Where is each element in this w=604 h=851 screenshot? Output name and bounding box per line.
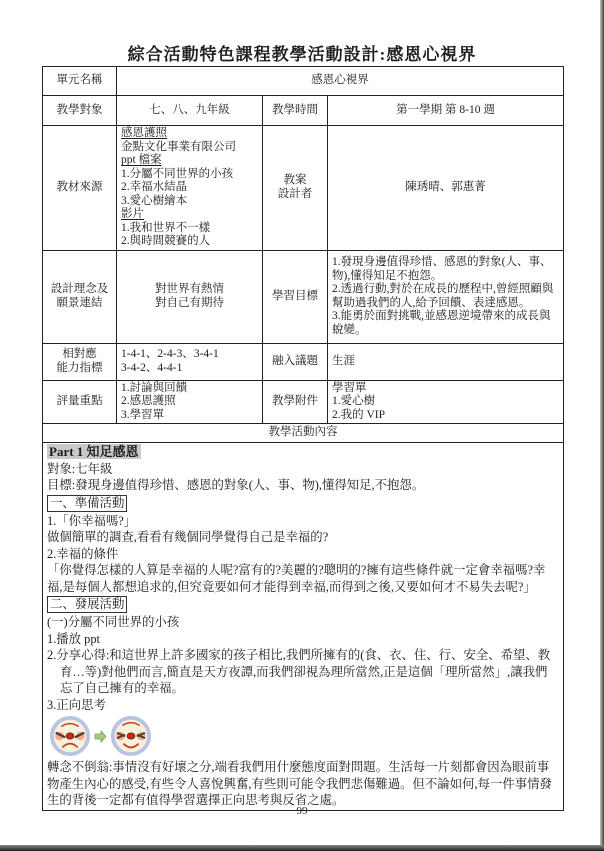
concept-label-line: 設計理念及	[47, 283, 112, 297]
material-label: 教材來源	[43, 126, 117, 251]
time-value: 第一學期 第 8-10 週	[328, 96, 564, 126]
material-line: 1.我和世界不一樣	[121, 222, 258, 236]
concept-label: 設計理念及 願景連結	[43, 250, 117, 343]
designer-value: 陳琇晴、郭惠菁	[328, 126, 564, 251]
activity-cell: Part 1 知足感恩 對象:七年級 目標:發現身邊值得珍惜、感恩的對象(人、事…	[43, 443, 564, 811]
issue-label: 融入議題	[263, 343, 328, 380]
indicator-line: 1-4-1、2-4-3、3-4-1	[121, 348, 258, 362]
row-audience: 教學對象 七、八、九年級 教學時間 第一學期 第 8-10 週	[43, 96, 564, 126]
assessment-label: 評量重點	[43, 380, 117, 424]
row-content-header: 教學活動內容	[43, 424, 564, 443]
material-line: 2.幸福水結晶	[121, 181, 258, 195]
activity-content: Part 1 知足感恩 對象:七年級 目標:發現身邊值得珍惜、感恩的對象(人、事…	[47, 444, 559, 809]
attachment-line: 1.愛心樹	[332, 395, 559, 409]
attachment-line: 學習單	[332, 382, 559, 396]
dev-item2: 2.分享心得:和這世界上許多國家的孩子相比,我們所擁有的(食、衣、住、行、安全、…	[47, 647, 559, 697]
indicator-label: 相對應 能力指標	[43, 343, 117, 380]
row-assessment: 評量重點 1.討論與回饋 2.感恩護照 3.學習單 教學附件 學習單 1.愛心樹…	[43, 380, 564, 424]
row-indicator: 相對應 能力指標 1-4-1、2-4-3、3-4-1 3-4-2、4-4-1 融…	[43, 343, 564, 380]
assessment-line: 1.討論與回饋	[121, 382, 258, 396]
indicator-label-line: 能力指標	[47, 362, 112, 376]
scan-edge-bottom	[0, 845, 604, 851]
attachment-list: 學習單 1.愛心樹 2.我的 VIP	[328, 380, 564, 424]
concept-value: 對世界有熱情 對自己有期待	[117, 250, 263, 343]
dev-sub1: (一)分屬不同世界的小孩	[47, 614, 559, 631]
lesson-plan-table: 單元名稱 感恩心視界 教學對象 七、八、九年級 教學時間 第一學期 第 8-10…	[42, 66, 564, 811]
activity-goal-line: 目標:發現身邊值得珍惜、感恩的對象(人、事、物),懂得知足,不抱怨。	[47, 477, 559, 494]
material-line: 金點文化事業有限公司	[121, 141, 258, 155]
material-line: 3.愛心樹繪本	[121, 195, 258, 209]
material-line: 1.分屬不同世界的小孩	[121, 168, 258, 182]
designer-label-line: 設計者	[267, 188, 323, 202]
part1-heading: Part 1 知足感恩	[47, 444, 559, 461]
designer-label-line: 教案	[267, 174, 323, 188]
part1-heading-text: Part 1 知足感恩	[47, 444, 141, 459]
assessment-list: 1.討論與回饋 2.感恩護照 3.學習單	[117, 380, 263, 424]
goal-label: 學習目標	[263, 250, 328, 343]
content-header: 教學活動內容	[43, 424, 564, 443]
row-unit: 單元名稱 感恩心視界	[43, 67, 564, 96]
indicator-value: 1-4-1、2-4-3、3-4-1 3-4-2、4-4-1	[117, 343, 263, 380]
q1-title: 1.「你幸福嗎?」	[47, 513, 559, 530]
prep-heading: 一、準備活動	[47, 495, 127, 512]
page-title: 綜合活動特色課程教學活動設計:感恩心視界	[0, 40, 604, 65]
material-line: 影片	[121, 208, 258, 222]
q2-quote: 「你覺得怎樣的人算是幸福的人呢?富有的?美麗的?聰明的?擁有這些條件就一定會幸福…	[47, 562, 559, 595]
goal-line: 1.發現身邊值得珍惜、感恩的對象(人、事、物),懂得知足不抱怨。	[332, 256, 559, 283]
concept-value-line: 對自己有期待	[121, 297, 258, 311]
goal-line: 3.能勇於面對挑戰,並感恩逆境帶來的成長與蛻變。	[332, 310, 559, 337]
activity-target-line: 對象:七年級	[47, 461, 559, 478]
unit-name-value: 感恩心視界	[117, 67, 564, 96]
happy-face-icon	[110, 715, 152, 757]
attachment-line: 2.我的 VIP	[332, 409, 559, 423]
goal-line: 2.透過行動,對於在成長的歷程中,曾經照顧與幫助過我們的人,給予回饋、表達感恩。	[332, 283, 559, 310]
time-label: 教學時間	[263, 96, 328, 126]
material-line: 2.與時間競賽的人	[121, 235, 258, 249]
dev-heading-row: 二、發展活動	[47, 595, 559, 614]
dev-heading: 二、發展活動	[47, 596, 127, 613]
designer-label: 教案 設計者	[263, 126, 328, 251]
scan-edge-right	[600, 0, 604, 851]
material-line: 感恩護照	[121, 127, 258, 141]
sad-face-icon	[49, 715, 91, 757]
dev-item1: 1.播放 ppt	[47, 631, 559, 648]
row-activity: Part 1 知足感恩 對象:七年級 目標:發現身邊值得珍惜、感恩的對象(人、事…	[43, 443, 564, 811]
audience-label: 教學對象	[43, 96, 117, 126]
page-number: 99	[0, 805, 604, 817]
q2-title: 2.幸福的條件	[47, 546, 559, 563]
row-concept: 設計理念及 願景連結 對世界有熱情 對自己有期待 學習目標 1.發現身邊值得珍惜…	[43, 250, 564, 343]
row-material: 教材來源 感恩護照 金點文化事業有限公司 ppt 檔案 1.分屬不同世界的小孩 …	[43, 126, 564, 251]
concept-value-line: 對世界有熱情	[121, 283, 258, 297]
indicator-label-line: 相對應	[47, 348, 112, 362]
mindset-faces-graphic	[49, 715, 559, 757]
concept-label-line: 願景連結	[47, 297, 112, 311]
material-line: ppt 檔案	[121, 154, 258, 168]
q1-body: 做個簡單的調查,看看有幾個同學覺得自己是幸福的?	[47, 529, 559, 546]
indicator-line: 3-4-2、4-4-1	[121, 362, 258, 376]
assessment-line: 3.學習單	[121, 409, 258, 423]
green-arrow-icon	[94, 730, 107, 743]
issue-value: 生涯	[328, 343, 564, 380]
attachment-label: 教學附件	[263, 380, 328, 424]
audience-value: 七、八、九年級	[117, 96, 263, 126]
assessment-line: 2.感恩護照	[121, 395, 258, 409]
unit-name-label: 單元名稱	[43, 67, 117, 96]
material-list: 感恩護照 金點文化事業有限公司 ppt 檔案 1.分屬不同世界的小孩 2.幸福水…	[117, 126, 263, 251]
tumbler-paragraph: 轉念不倒翁:事情沒有好壞之分,端看我們用什麼態度面對問題。生活每一片刻都會因為眼…	[47, 759, 559, 809]
goal-list: 1.發現身邊值得珍惜、感恩的對象(人、事、物),懂得知足不抱怨。 2.透過行動,…	[328, 250, 564, 343]
dev-item3: 3.正向思考	[47, 697, 559, 714]
prep-heading-row: 一、準備活動	[47, 494, 559, 513]
